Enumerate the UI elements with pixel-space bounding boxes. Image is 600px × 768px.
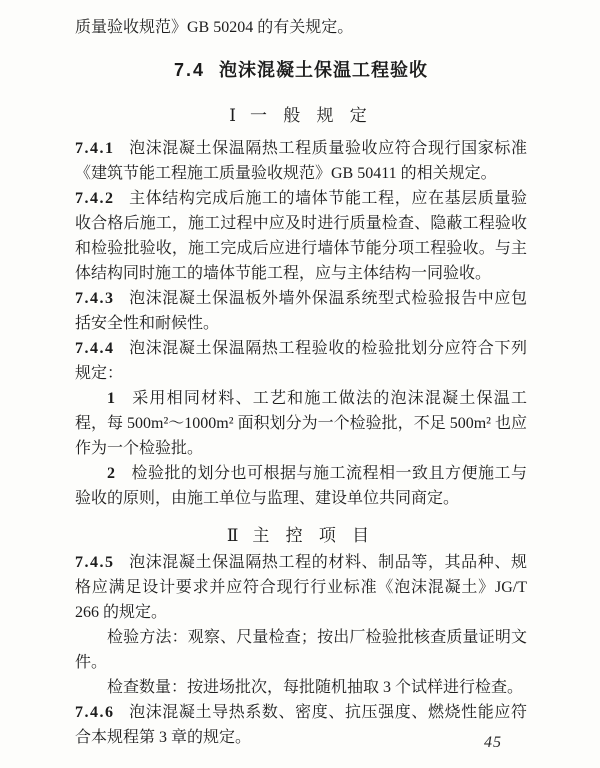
clause-number: 7.4.3 bbox=[75, 290, 115, 307]
clause-text: 主体结构完成后施工的墙体节能工程，应在基层质量验收合格后施工，施工过程中应及时进… bbox=[75, 190, 527, 282]
subsection-heading-dominant-items: Ⅱ主 控 项 目 bbox=[75, 523, 527, 548]
clause-7-4-4-item-2: 2检验批的划分也可根据与施工流程相一致且方便施工与验收的原则，由施工单位与监理、… bbox=[75, 461, 527, 511]
clause-7-4-4-item-1: 1采用相同材料、工艺和施工做法的泡沫混凝土保温工程，每 500m²～1000m²… bbox=[75, 386, 527, 461]
clause-7-4-3: 7.4.3泡沫混凝土保温板外墙外保温系统型式检验报告中应包括安全性和耐候性。 bbox=[75, 286, 527, 336]
clause-text: 泡沫混凝土保温隔热工程的材料、制品等，其品种、规格应满足设计要求并应符合现行行业… bbox=[75, 554, 527, 621]
clause-text: 泡沫混凝土导热系数、密度、抗压强度、燃烧性能应符合本规程第 3 章的规定。 bbox=[75, 704, 527, 746]
section-number: 7.4 bbox=[174, 60, 205, 80]
subsection-numeral: Ⅱ bbox=[227, 526, 239, 545]
item-text: 检验批的划分也可根据与施工流程相一致且方便施工与验收的原则，由施工单位与监理、建… bbox=[75, 465, 527, 507]
continuation-paragraph: 质量验收规范》GB 50204 的有关规定。 bbox=[75, 15, 527, 40]
subsection-title: 一 般 规 定 bbox=[250, 106, 373, 125]
item-number: 2 bbox=[107, 465, 115, 482]
page-number: 45 bbox=[484, 730, 502, 755]
section-title: 泡沫混凝土保温工程验收 bbox=[219, 60, 428, 80]
clause-text: 泡沫混凝土保温隔热工程验收的检验批划分应符合下列规定： bbox=[75, 340, 527, 382]
item-text: 采用相同材料、工艺和施工做法的泡沫混凝土保温工程，每 500m²～1000m² … bbox=[75, 390, 527, 457]
item-number: 1 bbox=[107, 390, 115, 407]
clause-number: 7.4.2 bbox=[75, 190, 115, 207]
clause-7-4-5: 7.4.5泡沫混凝土保温隔热工程的材料、制品等，其品种、规格应满足设计要求并应符… bbox=[75, 550, 527, 625]
clause-number: 7.4.5 bbox=[75, 554, 115, 571]
clause-text: 泡沫混凝土保温隔热工程质量验收应符合现行国家标准《建筑节能工程施工质量验收规范》… bbox=[75, 140, 527, 182]
document-page: 质量验收规范》GB 50204 的有关规定。 7.4泡沫混凝土保温工程验收 Ⅰ一… bbox=[0, 0, 600, 768]
clause-number: 7.4.1 bbox=[75, 140, 115, 157]
section-heading: 7.4泡沫混凝土保温工程验收 bbox=[75, 58, 527, 83]
subsection-title: 主 控 项 目 bbox=[252, 526, 375, 545]
inspection-quantity-paragraph: 检查数量：按进场批次，每批随机抽取 3 个试样进行检查。 bbox=[75, 675, 527, 700]
clause-text: 泡沫混凝土保温板外墙外保温系统型式检验报告中应包括安全性和耐候性。 bbox=[75, 290, 527, 332]
clause-7-4-1: 7.4.1泡沫混凝土保温隔热工程质量验收应符合现行国家标准《建筑节能工程施工质量… bbox=[75, 136, 527, 186]
clause-7-4-2: 7.4.2主体结构完成后施工的墙体节能工程，应在基层质量验收合格后施工，施工过程… bbox=[75, 186, 527, 286]
clause-7-4-4: 7.4.4泡沫混凝土保温隔热工程验收的检验批划分应符合下列规定： bbox=[75, 336, 527, 386]
subsection-heading-general: Ⅰ一 般 规 定 bbox=[75, 103, 527, 128]
inspection-method-paragraph: 检验方法：观察、尺量检查；按出厂检验批核查质量证明文件。 bbox=[75, 625, 527, 675]
clause-number: 7.4.4 bbox=[75, 340, 115, 357]
clause-number: 7.4.6 bbox=[75, 704, 115, 721]
clause-7-4-6: 7.4.6泡沫混凝土导热系数、密度、抗压强度、燃烧性能应符合本规程第 3 章的规… bbox=[75, 700, 527, 750]
subsection-numeral: Ⅰ bbox=[229, 106, 236, 125]
